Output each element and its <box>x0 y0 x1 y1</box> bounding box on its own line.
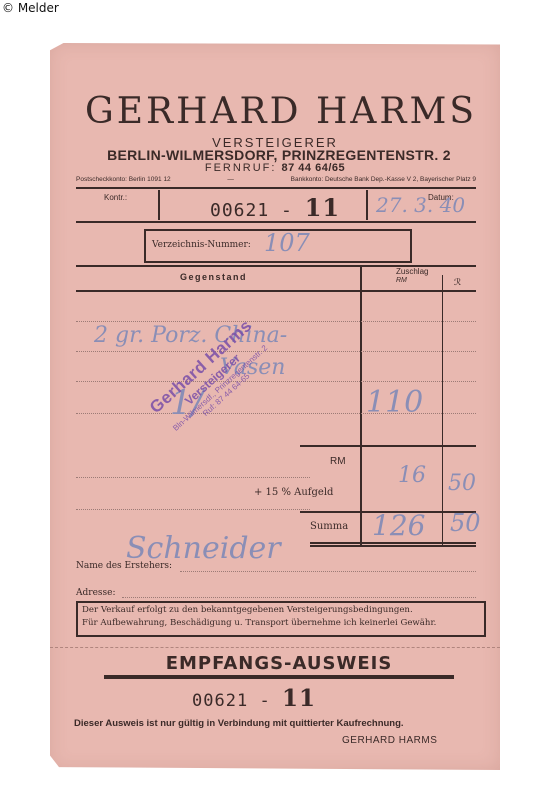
bank-line: Postscheckkonto: Berlin 1091 12 — Bankko… <box>76 176 476 183</box>
watermark: © Melder <box>2 1 59 15</box>
receipt-number-suffix: 11 <box>282 685 316 712</box>
divider <box>310 542 476 544</box>
phone-line: FERNRUF: 87 44 64/65 <box>50 162 500 174</box>
row-line <box>76 321 476 322</box>
control-number-dash: - <box>281 200 293 221</box>
terms-line2: Für Aufbewahrung, Beschädigung u. Transp… <box>82 617 480 630</box>
surcharge-pf: 50 <box>448 471 476 496</box>
phone-number: 87 44 64/65 <box>282 162 346 174</box>
divider <box>76 221 476 223</box>
sum-pf: 50 <box>450 509 481 537</box>
col-header-price: Zuschlag <box>396 267 428 276</box>
terms-box: Der Verkauf erfolgt zu den bekanntgegebe… <box>76 601 486 637</box>
divider <box>310 545 476 547</box>
divider <box>366 190 368 220</box>
row-line <box>76 509 310 510</box>
company-address: BERLIN-WILMERSDORF, PRINZREGENTENSTR. 2 <box>74 147 484 163</box>
divider <box>76 290 476 292</box>
separator: — <box>227 176 234 183</box>
auction-receipt-document: GERHARD HARMS VERSTEIGERER BERLIN-WILMER… <box>50 43 500 770</box>
column-divider <box>360 265 362 545</box>
perforation-line <box>50 647 500 648</box>
buyer-address-line <box>122 597 476 598</box>
surcharge-rm: 16 <box>398 463 426 488</box>
col-header-item: Gegenstand <box>180 272 247 282</box>
postscheck-account: Postscheckkonto: Berlin 1091 12 <box>76 176 171 183</box>
catalog-number-box: Verzeichnis-Nummer: 107 <box>144 229 412 263</box>
buyer-name-label: Name des Erstehers: <box>76 561 172 571</box>
receipt-title: EMPFANGS-AUSWEIS <box>104 653 454 679</box>
receipt-number-dash: - <box>259 691 270 711</box>
control-number-suffix: 11 <box>305 193 340 222</box>
company-name: GERHARD HARMS <box>76 91 486 132</box>
control-number: 00621 - 11 <box>210 193 340 222</box>
buyer-address-label: Adresse: <box>76 588 116 598</box>
receipt-signature: GERHARD HARMS <box>342 735 437 746</box>
terms-line1: Der Verkauf erfolgt zu den bekanntgegebe… <box>82 604 480 617</box>
phone-label: FERNRUF: <box>205 162 277 174</box>
column-divider <box>442 275 443 545</box>
control-number-prefix: 00621 <box>210 200 269 221</box>
sum-label: Summa <box>310 521 348 532</box>
col-header-pf: ℛ <box>454 277 461 288</box>
row-line <box>76 477 310 478</box>
divider <box>300 445 476 447</box>
catalog-number-value: 107 <box>264 229 310 257</box>
divider <box>158 190 160 220</box>
row-line <box>76 381 476 382</box>
buyer-name-line <box>180 571 476 572</box>
receipt-validity-note: Dieser Ausweis ist nur gültig in Verbind… <box>74 718 404 729</box>
divider <box>76 187 476 189</box>
catalog-number-label: Verzeichnis-Nummer: <box>152 240 251 250</box>
receipt-number-prefix: 00621 <box>192 691 248 711</box>
datum-value: 27. 3. 40 <box>376 193 465 217</box>
bank-account: Bankkonto: Deutsche Bank Dep.-Kasse V 2,… <box>291 176 476 183</box>
price-rm: 110 <box>366 385 423 420</box>
surcharge-label: + 15 % Aufgeld <box>254 487 333 498</box>
receipt-number: 00621 - 11 <box>192 685 316 712</box>
sum-rm: 126 <box>372 509 425 542</box>
kontr-label: Kontr.: <box>104 193 127 202</box>
col-header-rm: RM <box>396 277 407 284</box>
rm-label: RM <box>330 456 346 467</box>
